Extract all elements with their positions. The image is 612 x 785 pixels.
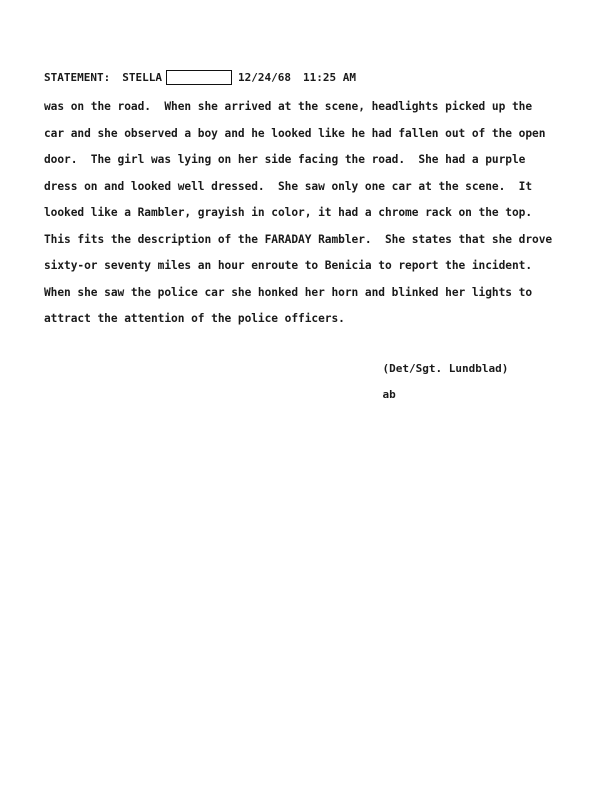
body-line: When she saw the police car she honked h… <box>44 284 552 311</box>
body-line: attract the attention of the police offi… <box>44 310 552 337</box>
signature-author: (Det/Sgt. Lundblad) <box>383 362 509 375</box>
body-line: This fits the description of the FARADAY… <box>44 231 552 258</box>
statement-label: STATEMENT: <box>44 71 110 84</box>
redaction-box <box>166 70 232 85</box>
body-line: dress on and looked well dressed. She sa… <box>44 178 552 205</box>
statement-time: 11:25 AM <box>303 71 356 84</box>
typist-initials: ab <box>383 388 396 401</box>
body-line: door. The girl was lying on her side fac… <box>44 151 552 178</box>
body-line: was on the road. When she arrived at the… <box>44 98 552 125</box>
witness-name: STELLA <box>122 71 162 84</box>
statement-date: 12/24/68 <box>238 71 291 84</box>
document-page: STATEMENT: STELLA 12/24/68 11:25 AM was … <box>0 0 612 785</box>
body-line: looked like a Rambler, grayish in color,… <box>44 204 552 231</box>
statement-body: was on the road. When she arrived at the… <box>44 98 552 337</box>
body-line: sixty-or seventy miles an hour enroute t… <box>44 257 552 284</box>
body-line: car and she observed a boy and he looked… <box>44 125 552 152</box>
statement-header: STATEMENT: STELLA 12/24/68 11:25 AM <box>44 70 356 85</box>
signature-block: (Det/Sgt. Lundblad) ab <box>356 349 508 414</box>
